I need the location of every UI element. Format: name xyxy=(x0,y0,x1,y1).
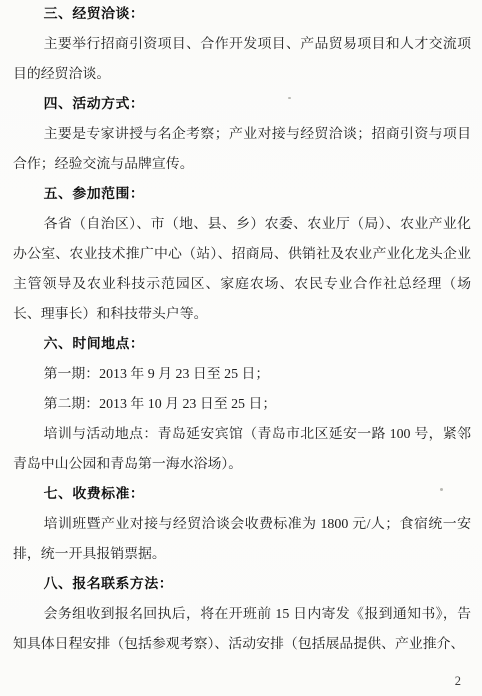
section-heading: 七、收费标准： xyxy=(13,480,471,510)
paragraph: 主要举行招商引资项目、合作开发项目、产品贸易项目和人才交流项目的经贸洽谈。 xyxy=(13,30,471,90)
section-registration-contact: 八、报名联系方法： 会务组收到报名回执后，将在开班前 15 日内寄发《报到通知书… xyxy=(13,570,471,660)
document-body: 三、经贸洽谈： 主要举行招商引资项目、合作开发项目、产品贸易项目和人才交流项目的… xyxy=(13,0,471,660)
paragraph: 主要是专家讲授与名企考察；产业对接与经贸洽谈；招商引资与项目合作；经验交流与品牌… xyxy=(13,120,471,180)
scan-speck xyxy=(288,97,291,99)
section-activity-format: 四、活动方式： 主要是专家讲授与名企考察；产业对接与经贸洽谈；招商引资与项目合作… xyxy=(13,90,471,180)
paragraph-session-2: 第二期：2013 年 10 月 23 日至 25 日； xyxy=(13,390,471,420)
section-heading: 四、活动方式： xyxy=(13,90,471,120)
scanned-document-page: 三、经贸洽谈： 主要举行招商引资项目、合作开发项目、产品贸易项目和人才交流项目的… xyxy=(0,0,482,696)
paragraph-venue: 培训与活动地点：青岛延安宾馆（青岛市北区延安一路 100 号，紧邻青岛中山公园和… xyxy=(13,420,471,480)
section-heading: 五、参加范围： xyxy=(13,180,471,210)
section-fee-standard: 七、收费标准： 培训班暨产业对接与经贸洽谈会收费标准为 1800 元/人；食宿统… xyxy=(13,480,471,570)
paragraph: 会务组收到报名回执后，将在开班前 15 日内寄发《报到通知书》，告知具体日程安排… xyxy=(13,600,471,660)
section-heading: 八、报名联系方法： xyxy=(13,570,471,600)
scan-speck xyxy=(440,488,443,491)
section-trade-negotiation: 三、经贸洽谈： 主要举行招商引资项目、合作开发项目、产品贸易项目和人才交流项目的… xyxy=(13,0,471,90)
paragraph: 培训班暨产业对接与经贸洽谈会收费标准为 1800 元/人；食宿统一安排，统一开具… xyxy=(13,510,471,570)
section-heading: 六、时间地点： xyxy=(13,330,471,360)
page-number: 2 xyxy=(455,674,461,689)
section-participation-scope: 五、参加范围： 各省（自治区）、市（地、县、乡）农委、农业厅（局）、农业产业化办… xyxy=(13,180,471,330)
section-heading: 三、经贸洽谈： xyxy=(13,0,471,30)
paragraph: 各省（自治区）、市（地、县、乡）农委、农业厅（局）、农业产业化办公室、农业技术推… xyxy=(13,210,471,330)
paragraph-session-1: 第一期：2013 年 9 月 23 日至 25 日； xyxy=(13,360,471,390)
section-time-location: 六、时间地点： 第一期：2013 年 9 月 23 日至 25 日； 第二期：2… xyxy=(13,330,471,480)
